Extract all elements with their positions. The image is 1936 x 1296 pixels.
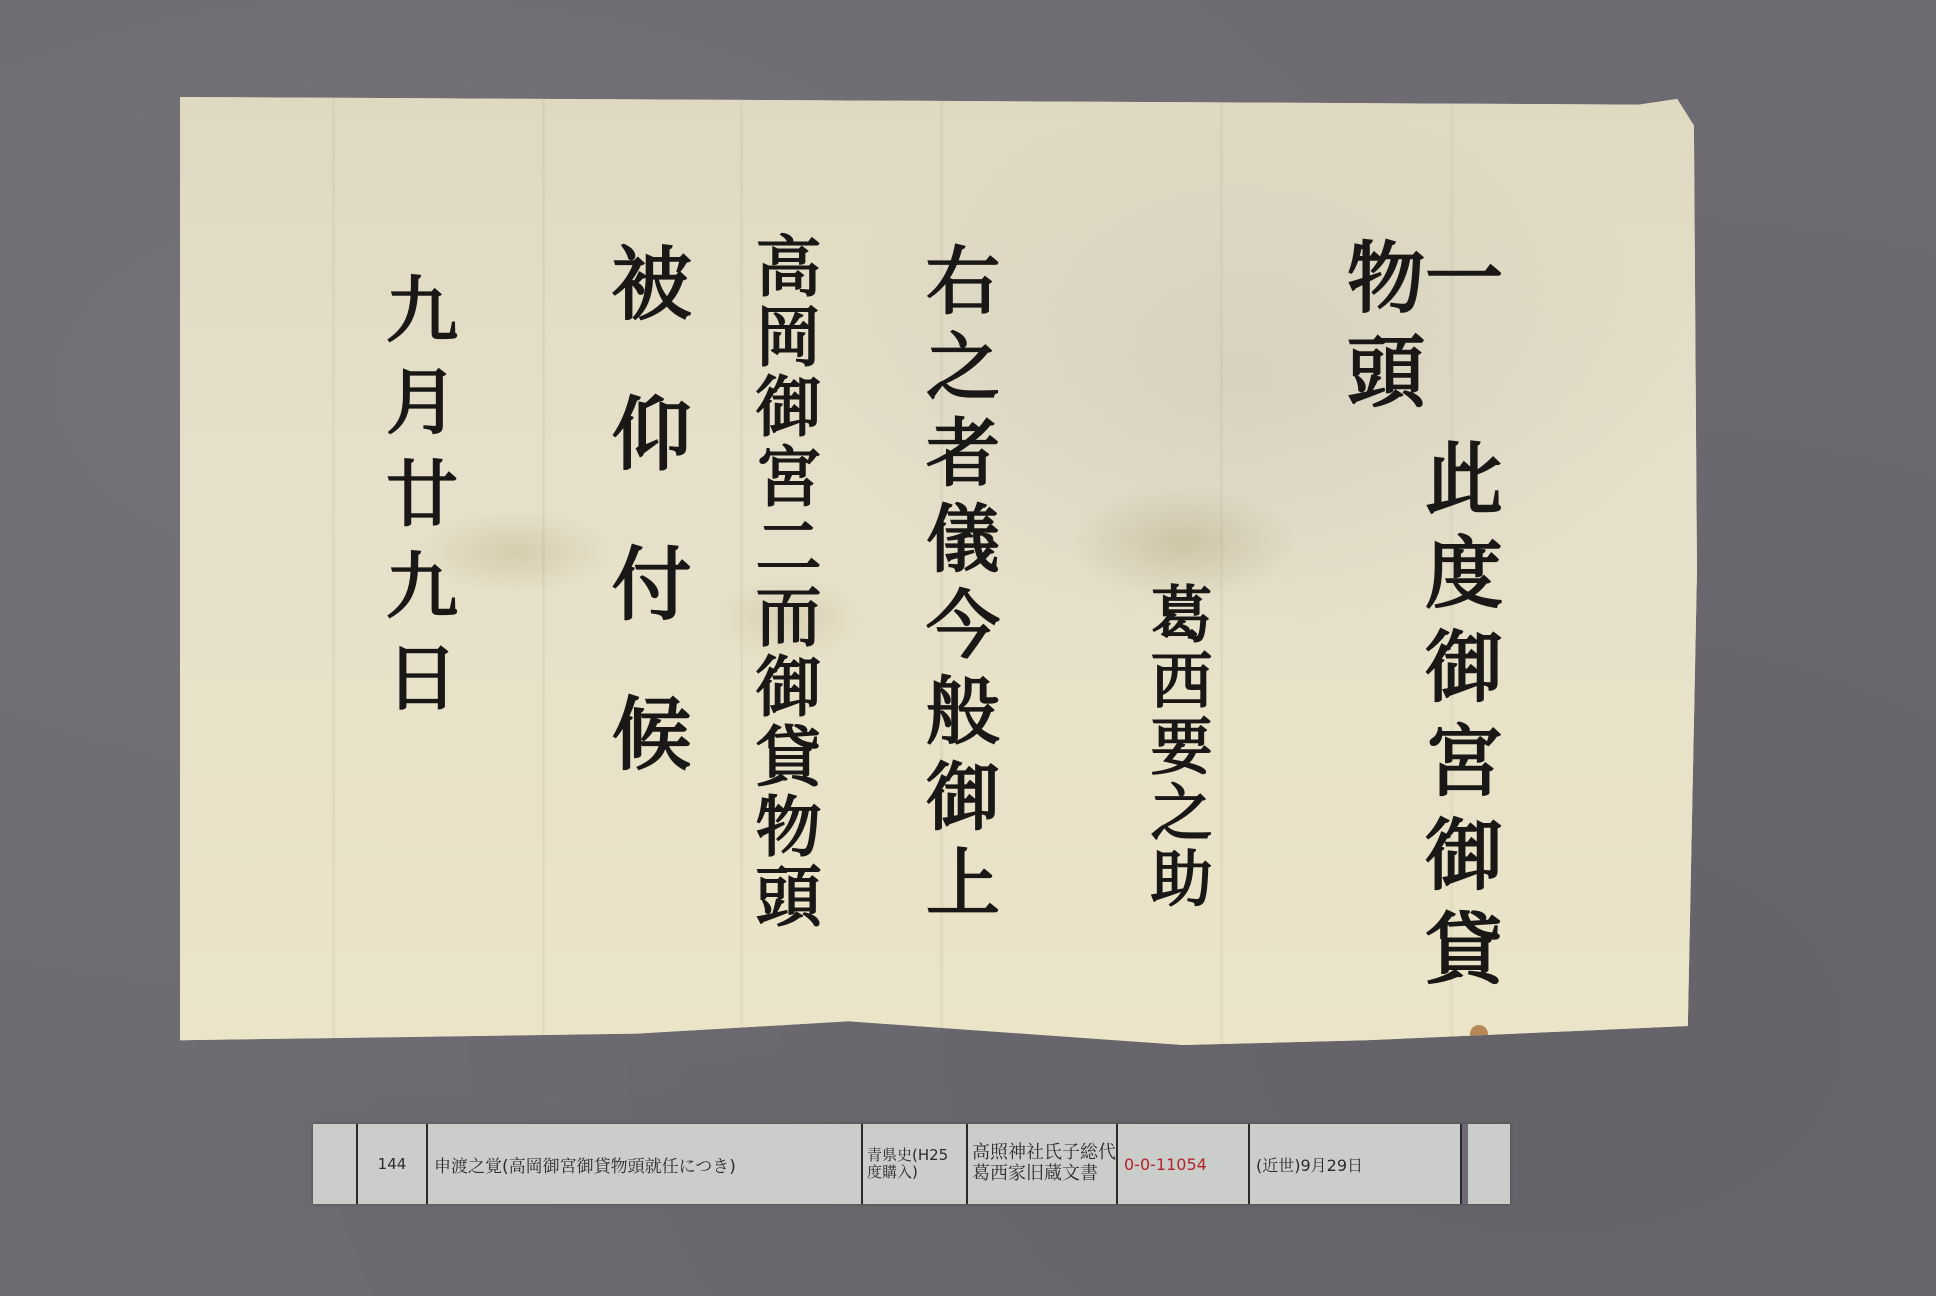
label-date-cell: (近世)9月29日 xyxy=(1250,1124,1462,1204)
label-source-cell: 青県史(H25 度購入) xyxy=(863,1124,968,1204)
calligraphy-column-5: 被仰付候 xyxy=(605,242,685,842)
collection-line-2: 葛西家旧蔵文書 xyxy=(972,1164,1098,1185)
calligraphy-column-4: 高岡御宮二而御貸物頭 xyxy=(750,232,816,932)
document-date: (近世)9月29日 xyxy=(1256,1153,1363,1176)
label-end-cell xyxy=(1468,1124,1510,1204)
label-blank-cell xyxy=(313,1124,358,1204)
index-number: 144 xyxy=(378,1155,407,1173)
label-index-cell: 144 xyxy=(358,1124,428,1204)
calligraphy-column-6: 九月廿九日 xyxy=(380,272,452,732)
label-collection-cell: 高照神社氏子総代 葛西家旧蔵文書 xyxy=(968,1124,1118,1204)
label-title-cell: 申渡之覚(高岡御宮御貸物頭就任につき) xyxy=(428,1124,863,1204)
collection-line-1: 高照神社氏子総代 xyxy=(972,1143,1116,1164)
archive-label: 144 申渡之覚(高岡御宮御貸物頭就任につき) 青県史(H25 度購入) 高照神… xyxy=(313,1124,1510,1204)
source-line-1: 青県史(H25 xyxy=(867,1147,948,1164)
catalog-id: 0-0-11054 xyxy=(1124,1155,1207,1174)
label-catalog-cell: 0-0-11054 xyxy=(1118,1124,1250,1204)
source-line-2: 度購入) xyxy=(867,1164,918,1181)
calligraphy-column-3: 右之者儀今般御上 xyxy=(920,242,994,930)
calligraphy-column-1: 一 此度御宮御貸物頭 xyxy=(1340,237,1496,1045)
calligraphy-column-2: 葛西要之助 xyxy=(1145,582,1207,912)
document-title: 申渡之覚(高岡御宮御貸物頭就任につき) xyxy=(434,1152,736,1177)
manuscript-paper: 一 此度御宮御貸物頭 葛西要之助 右之者儀今般御上 高岡御宮二而御貸物頭 被仰付… xyxy=(180,97,1700,1045)
